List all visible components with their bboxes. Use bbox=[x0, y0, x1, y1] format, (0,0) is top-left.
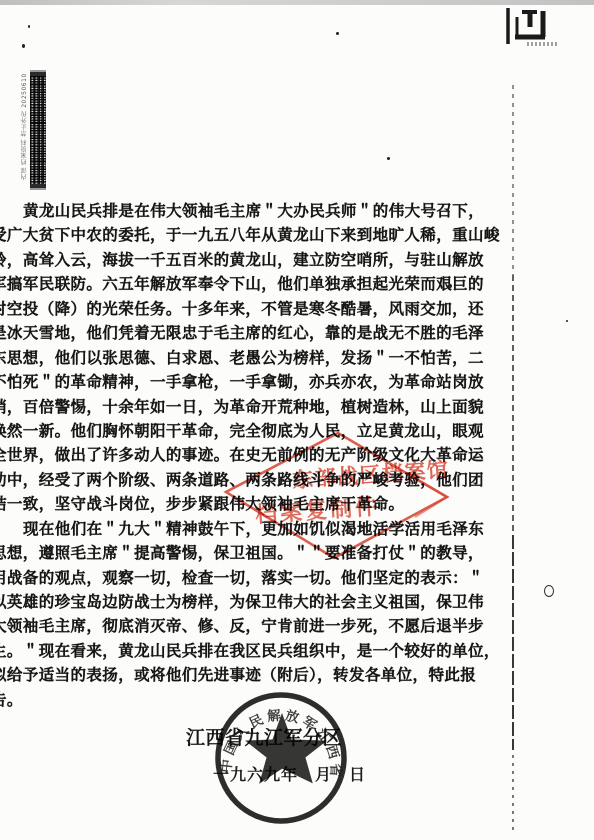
binding-dash-line bbox=[512, 275, 514, 535]
text-line: 是冰天雪地，他们凭着无限忠于毛主席的红心，靠的是战无不胜的毛泽 bbox=[0, 321, 471, 345]
scan-speck bbox=[22, 44, 25, 48]
text-line: 以英雄的珍宝岛边防战士为榜样，为保卫伟大的社会主义祖国，保卫伟 bbox=[0, 590, 471, 614]
binding-dash-line bbox=[512, 535, 514, 750]
ink-smudge bbox=[527, 42, 559, 46]
scanned-document-page: { "scan": { "paper_color": "#fcfcfa", "i… bbox=[0, 0, 594, 840]
scan-speck bbox=[566, 320, 568, 322]
official-round-seal: 中国人民解放军江西省 bbox=[208, 686, 354, 832]
archive-barcode bbox=[30, 72, 46, 188]
text-line: 不怕死＂的革命精神，一手拿枪，一手拿锄，亦兵亦农，为革命站岗放 bbox=[0, 370, 471, 394]
text-line: 军搞军民联防。六五年解放军奉令下山，他们单独承担起光荣而艰巨的 bbox=[0, 272, 471, 296]
corner-book-stamp-icon bbox=[503, 4, 551, 46]
text-line: 东思想，他们以张思德、白求恩、老愚公为榜样，发扬＂一不怕苦，二 bbox=[0, 346, 471, 370]
archive-barcode-label: 内部 档案资料 禁止外传 20250610 bbox=[20, 74, 28, 180]
text-line: 受广大贫下中农的委托，于一九五八年从黄龙山下来到地旷人稀，重山峻 bbox=[0, 223, 471, 247]
text-line: 对空投（降）的光荣任务。十多年来，不管是寒冬酷暑，风雨交加，还 bbox=[0, 297, 471, 321]
scan-speck bbox=[448, 284, 452, 288]
text-line: 岭，高耸入云，海拔一千五百米的黄龙山，建立防空哨所，与驻山解放 bbox=[0, 248, 471, 272]
binding-dash-line bbox=[512, 85, 514, 275]
text-line: 生。＂现在看来，黄龙山民兵排在我区民兵组织中，是一个较好的单位， bbox=[0, 639, 471, 663]
text-line: 黄龙山民兵排是在伟大领袖毛主席＂大办民兵师＂的伟大号召下， bbox=[0, 199, 471, 223]
text-line: 哨，百倍警惕，十余年如一日，为革命开荒种地，植树造林，山上面貌 bbox=[0, 395, 471, 419]
scan-speck bbox=[336, 32, 339, 35]
text-line: 大领袖毛主席，彻底消灭帝、修、反，宁肯前进一步死，不愿后退半步 bbox=[0, 614, 471, 638]
text-line: 拟给予适当的表扬，或将他们先进事迹（附后），转发各单位，特此报 bbox=[0, 663, 471, 687]
scan-speck bbox=[28, 25, 30, 28]
scan-speck bbox=[387, 157, 390, 160]
scan-ring-mark bbox=[544, 585, 554, 597]
binding-dash-line bbox=[512, 755, 514, 830]
